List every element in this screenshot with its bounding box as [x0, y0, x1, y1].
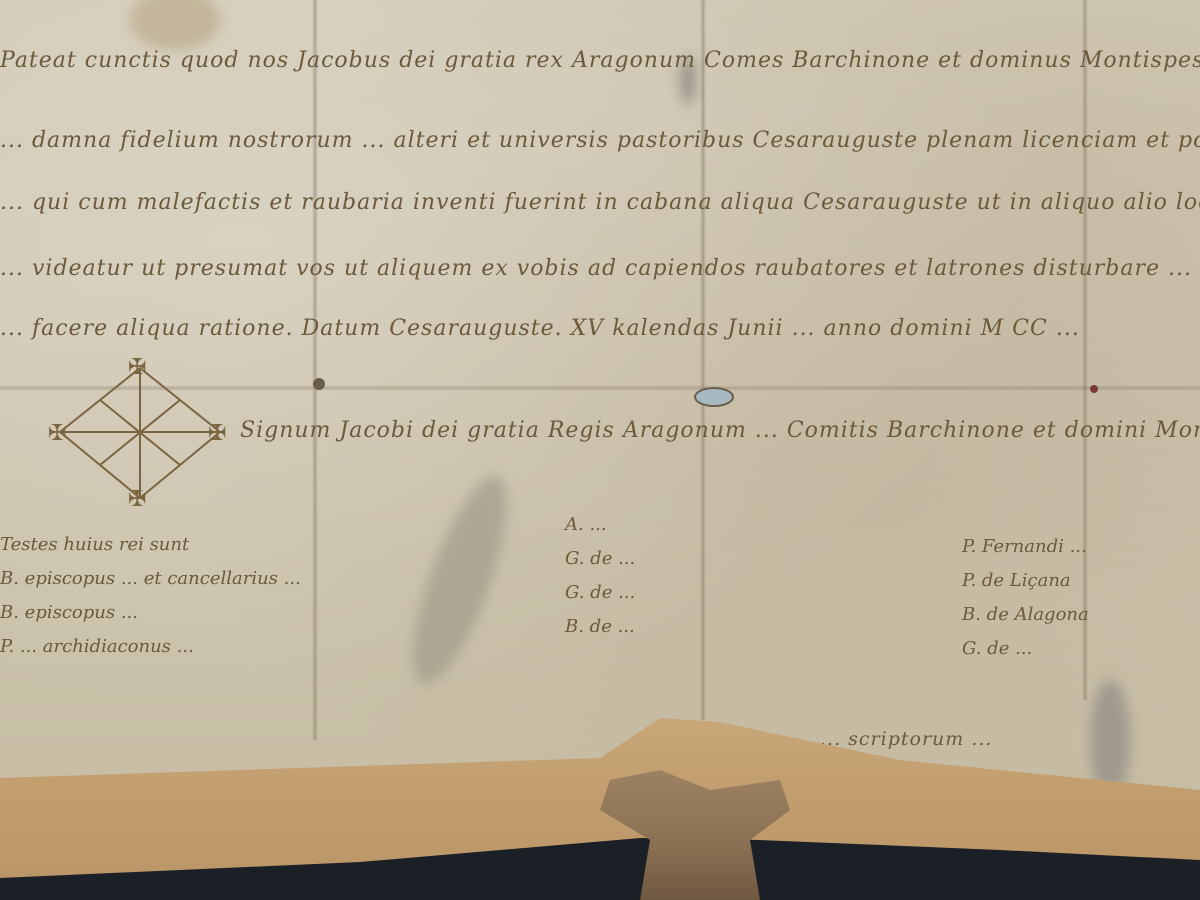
- witness-entry: B. episcopus ...: [0, 596, 301, 630]
- hole: [694, 387, 734, 407]
- witness-entry: A. ...: [565, 508, 635, 542]
- svg-text:✠: ✠: [208, 421, 226, 446]
- vertical-fold: [700, 0, 706, 720]
- witness-entry: P. de Liçana: [962, 564, 1089, 598]
- manuscript-photo: Pateat cunctis quod nos Jacobus dei grat…: [0, 0, 1200, 900]
- text-line-1: Pateat cunctis quod nos Jacobus dei grat…: [0, 48, 1200, 73]
- witness-entry: G. de ...: [565, 576, 635, 610]
- text-line-5: ... facere aliqua ratione. Datum Cesarau…: [0, 316, 1080, 341]
- text-line-2: ... damna fidelium nostrorum ... alteri …: [0, 128, 1200, 153]
- witness-entry: G. de ...: [565, 542, 635, 576]
- svg-text:✠: ✠: [48, 421, 66, 446]
- hole: [1090, 385, 1098, 393]
- witness-entry: G. de ...: [962, 632, 1089, 666]
- vertical-fold: [312, 0, 318, 740]
- witness-list-left: Testes huius rei sunt B. episcopus ... e…: [0, 528, 301, 664]
- witness-entry: P. ... archidiaconus ...: [0, 630, 301, 664]
- signum-line: Signum Jacobi dei gratia Regis Aragonum …: [240, 418, 1200, 443]
- svg-text:✠: ✠: [128, 355, 146, 380]
- witness-entry: P. Fernandi ...: [962, 530, 1089, 564]
- svg-text:✠: ✠: [128, 487, 146, 512]
- witness-entry: B. episcopus ... et cancellarius ...: [0, 562, 301, 596]
- text-line-3: ... qui cum malefactis et raubaria inven…: [0, 190, 1200, 215]
- witness-list-right: P. Fernandi ... P. de Liçana B. de Alago…: [962, 530, 1089, 666]
- witness-entry: Testes huius rei sunt: [0, 528, 301, 562]
- text-line-4: ... videatur ut presumat vos ut aliquem …: [0, 256, 1192, 281]
- plica-note: ... scriptorum ...: [820, 728, 992, 750]
- hole: [313, 378, 325, 390]
- witness-list-center: A. ... G. de ... G. de ... B. de ...: [565, 508, 635, 644]
- witness-entry: B. de ...: [565, 610, 635, 644]
- witness-entry: B. de Alagona: [962, 598, 1089, 632]
- signum-cross-icon: ✠ ✠ ✠ ✠: [40, 350, 240, 520]
